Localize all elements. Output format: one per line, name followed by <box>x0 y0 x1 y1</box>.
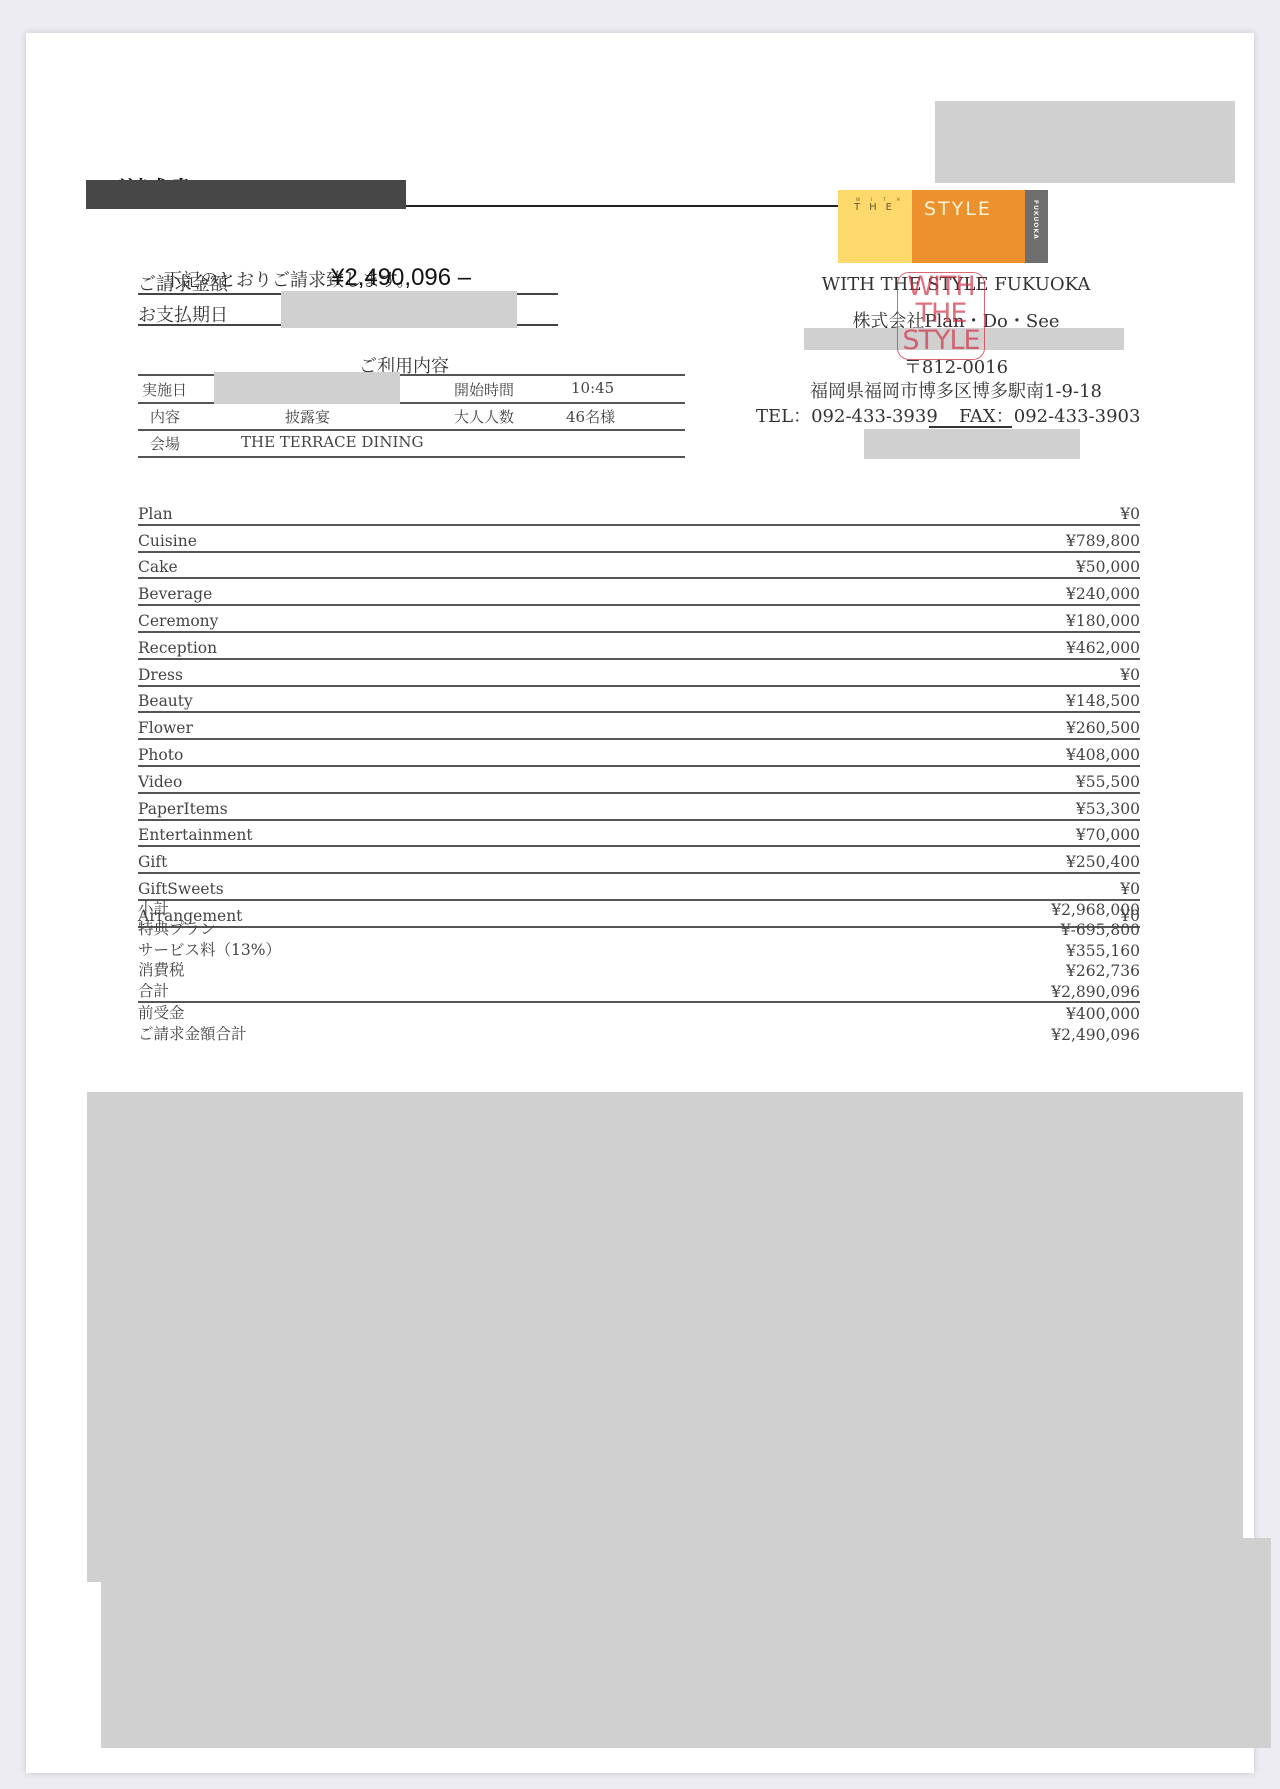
line-item-row: Plan¥0 <box>138 499 1140 526</box>
line-item-name: Reception <box>138 639 217 657</box>
totals-amount: ¥355,160 <box>1066 942 1140 960</box>
content-label: 内容 <box>150 406 180 427</box>
line-item-row: Beverage¥240,000 <box>138 579 1140 606</box>
line-item-name: Cuisine <box>138 532 197 550</box>
adults-value: 46名様 <box>566 406 615 427</box>
totals-label: 合計 <box>138 979 169 1001</box>
redacted-staff-name <box>864 429 1080 459</box>
start-time-label: 開始時間 <box>454 379 514 400</box>
totals-label: 消費税 <box>138 958 185 980</box>
line-items-table: Plan¥0Cuisine¥789,800Cake¥50,000Beverage… <box>138 499 1140 928</box>
usage-rule-1 <box>138 402 214 404</box>
line-item-name: Beauty <box>138 692 193 710</box>
line-item-amount: ¥250,400 <box>1066 853 1140 871</box>
usage-rule-1b <box>400 402 685 404</box>
line-item-row: Cuisine¥789,800 <box>138 526 1140 553</box>
line-item-row: Flower¥260,500 <box>138 713 1140 740</box>
line-item-name: Photo <box>138 746 183 764</box>
line-item-amount: ¥0 <box>1120 505 1140 523</box>
line-item-row: Video¥55,500 <box>138 767 1140 794</box>
line-item-amount: ¥240,000 <box>1066 585 1140 603</box>
line-item-name: Gift <box>138 853 167 871</box>
logo-gray-panel: FUKUOKA <box>1025 190 1048 263</box>
line-item-row: Dress¥0 <box>138 660 1140 687</box>
line-item-amount: ¥55,500 <box>1076 773 1140 791</box>
company-postal: 〒812-0016 <box>806 353 1106 379</box>
line-item-row: PaperItems¥53,300 <box>138 794 1140 821</box>
venue-value: THE TERRACE DINING <box>241 433 423 451</box>
totals-label: 小計 <box>138 897 169 919</box>
company-address: 福岡県福岡市博多区博多駅南1-9-18 <box>766 377 1146 403</box>
start-time-value: 10:45 <box>571 379 614 397</box>
line-item-row: Entertainment¥70,000 <box>138 821 1140 848</box>
line-item-name: Cake <box>138 558 178 576</box>
usage-rule-2 <box>138 429 685 431</box>
line-item-amount: ¥789,800 <box>1066 532 1140 550</box>
totals-label: サービス料（13%） <box>138 938 281 960</box>
logo-style-text: STYLE <box>924 198 992 220</box>
totals-row: 小計¥2,968,000 <box>138 898 1140 919</box>
line-item-name: PaperItems <box>138 800 228 818</box>
logo-the-text: THE <box>854 202 901 213</box>
line-item-amount: ¥50,000 <box>1076 558 1140 576</box>
adults-label: 大人人数 <box>454 406 514 427</box>
redacted-recipient-name <box>86 180 406 209</box>
line-item-name: GiftSweets <box>138 880 224 898</box>
totals-amount: ¥2,490,096 <box>1051 1026 1140 1044</box>
company-logo: WITH THE STYLE FUKUOKA <box>838 190 1048 263</box>
totals-amount: ¥2,968,000 <box>1051 901 1140 919</box>
line-item-name: Flower <box>138 719 193 737</box>
line-item-amount: ¥148,500 <box>1066 692 1140 710</box>
contact-underline <box>929 426 1012 428</box>
totals-amount: ¥400,000 <box>1066 1005 1140 1023</box>
logo-city-text: FUKUOKA <box>1032 200 1039 240</box>
totals-table: 小計¥2,968,000特典プラン¥-695,800サービス料（13%）¥355… <box>138 898 1140 1044</box>
totals-label: 前受金 <box>138 1001 185 1023</box>
totals-amount: ¥2,890,096 <box>1051 983 1140 1001</box>
redacted-event-date <box>214 372 400 404</box>
totals-amount: ¥-695,800 <box>1061 921 1140 939</box>
venue-label: 会場 <box>150 433 180 454</box>
line-item-row: Photo¥408,000 <box>138 740 1140 767</box>
line-item-name: Entertainment <box>138 826 253 844</box>
company-tel: TEL：092-433-3939 <box>756 402 938 428</box>
line-item-row: Gift¥250,400 <box>138 847 1140 874</box>
logo-yellow-panel: WITH THE <box>838 190 912 263</box>
redacted-block-bottom-main <box>87 1092 1243 1582</box>
totals-row: 合計¥2,890,096 <box>138 980 1140 1003</box>
usage-rule-3 <box>138 456 685 458</box>
redacted-registration-number <box>804 328 1124 350</box>
totals-row: 消費税¥262,736 <box>138 960 1140 981</box>
line-item-amount: ¥70,000 <box>1076 826 1140 844</box>
totals-amount: ¥262,736 <box>1066 962 1140 980</box>
line-item-amount: ¥0 <box>1120 666 1140 684</box>
line-item-name: Ceremony <box>138 612 218 630</box>
line-item-amount: ¥180,000 <box>1066 612 1140 630</box>
line-item-name: Dress <box>138 666 183 684</box>
line-item-name: Beverage <box>138 585 212 603</box>
totals-label: ご請求金額合計 <box>138 1022 247 1044</box>
totals-row: ご請求金額合計¥2,490,096 <box>138 1023 1140 1044</box>
invoice-page: ご請求書 下記のとおりご請求致します。 ご請求金額 ¥2,490,096 – お… <box>26 33 1254 1773</box>
line-item-amount: ¥0 <box>1120 880 1140 898</box>
billing-amount-value: ¥2,490,096 – <box>331 264 471 292</box>
payment-due-rule-end <box>517 324 558 326</box>
line-item-amount: ¥408,000 <box>1066 746 1140 764</box>
line-item-row: Cake¥50,000 <box>138 553 1140 580</box>
redacted-block-header-right <box>935 101 1235 183</box>
line-item-amount: ¥53,300 <box>1076 800 1140 818</box>
totals-label: 特典プラン <box>138 917 216 939</box>
line-item-row: Beauty¥148,500 <box>138 687 1140 714</box>
date-label: 実施日 <box>142 379 187 400</box>
line-item-row: Reception¥462,000 <box>138 633 1140 660</box>
line-item-row: Ceremony¥180,000 <box>138 606 1140 633</box>
payment-due-rule <box>138 324 281 326</box>
company-fax: FAX：092-433-3903 <box>959 402 1140 428</box>
line-item-name: Plan <box>138 505 173 523</box>
line-item-row: GiftSweets¥0 <box>138 874 1140 901</box>
line-item-name: Video <box>138 773 182 791</box>
redacted-payment-due-date <box>281 291 517 328</box>
company-name-en: WITH THE STYLE FUKUOKA <box>806 274 1106 295</box>
content-value: 披露宴 <box>285 406 330 427</box>
line-item-amount: ¥260,500 <box>1066 719 1140 737</box>
redacted-block-bottom-lower <box>101 1538 1271 1748</box>
totals-row: 特典プラン¥-695,800 <box>138 919 1140 940</box>
logo-orange-panel: STYLE <box>912 190 1025 263</box>
line-item-amount: ¥462,000 <box>1066 639 1140 657</box>
totals-row: サービス料（13%）¥355,160 <box>138 939 1140 960</box>
totals-row: 前受金¥400,000 <box>138 1003 1140 1024</box>
